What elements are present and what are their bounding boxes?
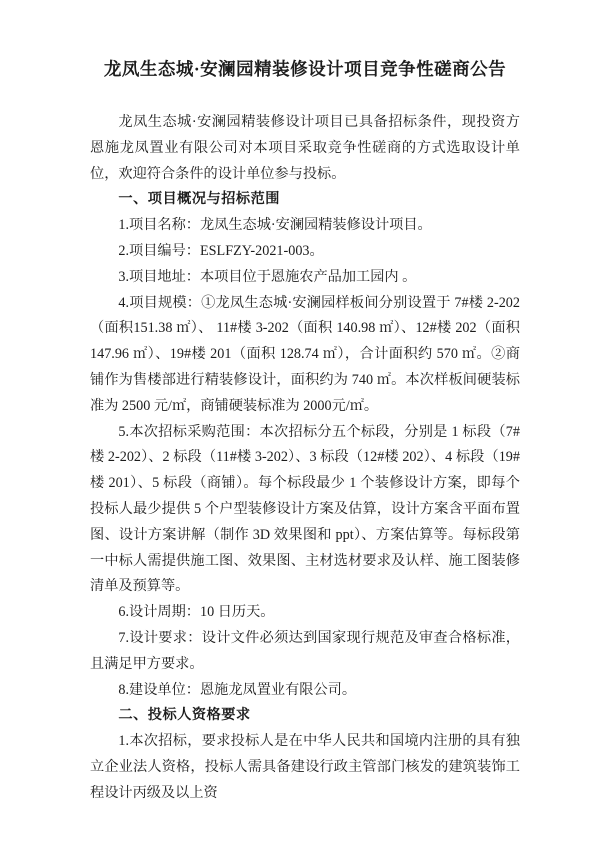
document-title: 龙凤生态城·安澜园精装修设计项目竞争性磋商公告 bbox=[90, 56, 520, 81]
list-item: 6.设计周期：10 日历天。 bbox=[90, 600, 520, 626]
section-2-heading: 二、投标人资格要求 bbox=[90, 703, 520, 729]
document-content: 龙凤生态城·安澜园精装修设计项目竞争性磋商公告 龙凤生态城·安澜园精装修设计项目… bbox=[90, 56, 520, 807]
intro-paragraph: 龙凤生态城·安澜园精装修设计项目已具备招标条件，现投资方恩施龙凤置业有限公司对本… bbox=[90, 110, 520, 187]
list-item: 2.项目编号：ESLFZY-2021-003。 bbox=[90, 239, 520, 265]
list-item: 3.项目地址：本项目位于恩施农产品加工园内 。 bbox=[90, 265, 520, 291]
document-page: 龙凤生态城·安澜园精装修设计项目竞争性磋商公告 龙凤生态城·安澜园精装修设计项目… bbox=[0, 0, 611, 859]
list-item: 4.项目规模：①龙凤生态城·安澜园样板间分别设置于 7#楼 2-202（面积15… bbox=[90, 291, 520, 420]
list-item: 1.项目名称：龙凤生态城·安澜园精装修设计项目。 bbox=[90, 213, 520, 239]
list-item: 1.本次招标，要求投标人是在中华人民共和国境内注册的具有独立企业法人资格，投标人… bbox=[90, 729, 520, 806]
list-item: 7.设计要求：设计文件必须达到国家现行规范及审查合格标准，且满足甲方要求。 bbox=[90, 626, 520, 678]
section-1-heading: 一、项目概况与招标范围 bbox=[90, 187, 520, 213]
list-item: 5.本次招标采购范围：本次招标分五个标段，分别是 1 标段（7#楼 2-202）… bbox=[90, 420, 520, 601]
list-item: 8.建设单位：恩施龙凤置业有限公司。 bbox=[90, 678, 520, 704]
